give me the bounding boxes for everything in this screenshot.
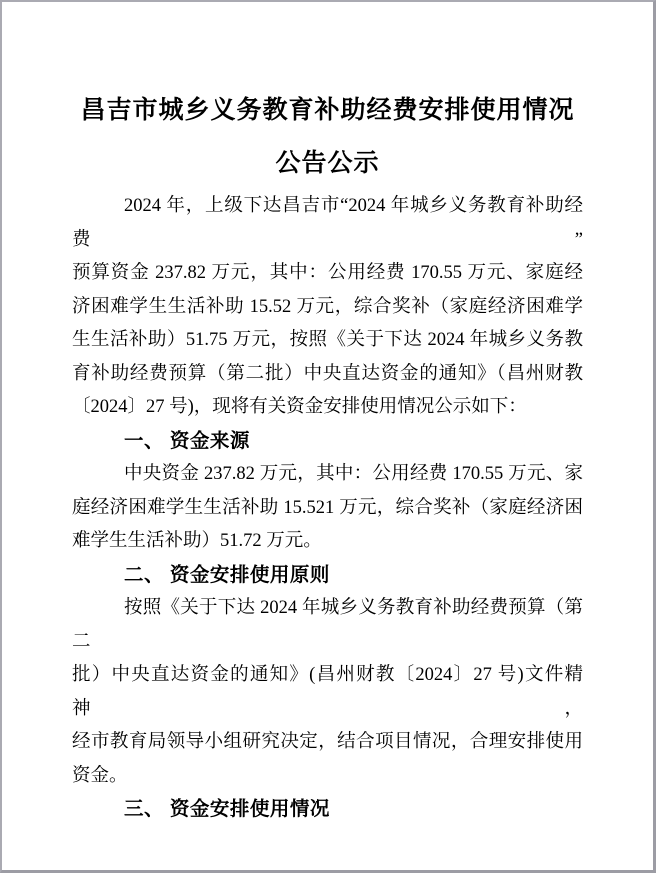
document-content: 昌吉市城乡义务教育补助经费安排使用情况公告公示 2024 年，上级下达昌吉市“2… xyxy=(2,2,653,827)
document-title-line: 昌吉市城乡义务教育补助经费安排使用情况 xyxy=(72,84,583,137)
paragraph-line: 批）中央直达资金的通知》(昌州财教〔2024〕27 号)文件精神， xyxy=(72,659,583,726)
paragraph-line: 中央资金 237.82 万元，其中：公用经费 170.55 万元、家 xyxy=(72,458,583,492)
paragraph-line: 育补助经费预算（第二批）中央直达资金的通知》（昌州财教 xyxy=(72,358,583,392)
paragraph-line: 济困难学生生活补助 15.52 万元，综合奖补（家庭经济困难学 xyxy=(72,291,583,325)
paragraph-line: 按照《关于下达 2024 年城乡义务教育补助经费预算（第二 xyxy=(72,592,583,659)
document-title-line: 公告公示 xyxy=(72,137,583,190)
paragraph: 按照《关于下达 2024 年城乡义务教育补助经费预算（第二批）中央直达资金的通知… xyxy=(72,592,583,793)
document-body: 2024 年，上级下达昌吉市“2024 年城乡义务教育补助经费”预算资金 237… xyxy=(72,190,583,827)
section-heading: 一、 资金来源 xyxy=(72,425,583,459)
paragraph-line: 资金。 xyxy=(72,760,583,794)
paragraph-line: 难学生生活补助）51.72 万元。 xyxy=(72,525,583,559)
paragraph-line: 经市教育局领导小组研究决定，结合项目情况，合理安排使用 xyxy=(72,726,583,760)
paragraph-line: 生生活补助）51.75 万元，按照《关于下达 2024 年城乡义务教 xyxy=(72,324,583,358)
paragraph-line: 预算资金 237.82 万元，其中：公用经费 170.55 万元、家庭经 xyxy=(72,257,583,291)
section-heading: 三、 资金安排使用情况 xyxy=(72,793,583,827)
section-heading: 二、 资金安排使用原则 xyxy=(72,559,583,593)
paragraph-line: 庭经济困难学生生活补助 15.521 万元，综合奖补（家庭经济困 xyxy=(72,492,583,526)
paragraph-line: 2024 年，上级下达昌吉市“2024 年城乡义务教育补助经费” xyxy=(72,190,583,257)
paragraph: 2024 年，上级下达昌吉市“2024 年城乡义务教育补助经费”预算资金 237… xyxy=(72,190,583,425)
paragraph-line: 〔2024〕27 号)，现将有关资金安排使用情况公示如下： xyxy=(72,391,583,425)
document-title: 昌吉市城乡义务教育补助经费安排使用情况公告公示 xyxy=(72,84,583,190)
document-page: 昌吉市城乡义务教育补助经费安排使用情况公告公示 2024 年，上级下达昌吉市“2… xyxy=(0,0,656,873)
paragraph: 中央资金 237.82 万元，其中：公用经费 170.55 万元、家庭经济困难学… xyxy=(72,458,583,559)
